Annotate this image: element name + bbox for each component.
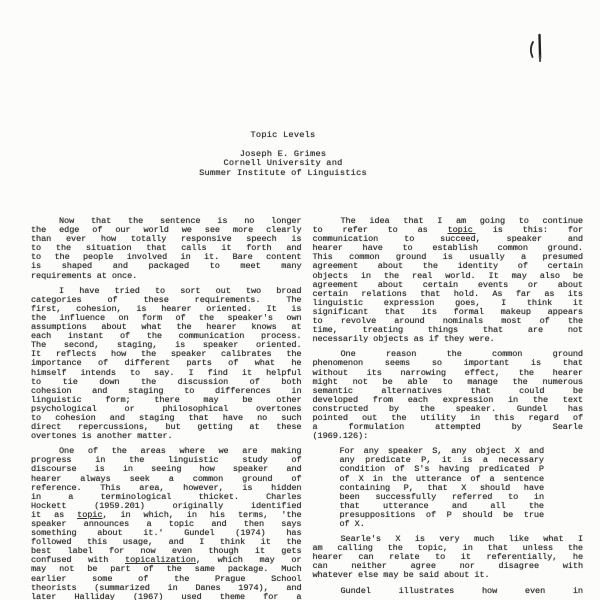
text-line: Gundel illustrates how even in: [313, 587, 584, 596]
affiliation-line-2: Summer Institute of Linguistics: [0, 169, 566, 178]
document-page: Topic Levels Joseph E. Grimes Cornell Un…: [0, 0, 600, 600]
text-line: overtones is another matter.: [31, 432, 302, 441]
paragraph: I have tried to sort out two broadcatego…: [31, 287, 302, 442]
paragraph: One reason the common groundphenomenon s…: [313, 350, 584, 441]
page-title: Topic Levels: [0, 131, 566, 140]
two-column-body: Now that the sentence is no longerthe ed…: [31, 217, 583, 600]
block-quote: For any speaker S, any object X andany p…: [340, 447, 545, 529]
paragraph: The idea that I am going to continueto r…: [313, 217, 584, 344]
text-line: presuppositions of P should be true: [340, 511, 545, 520]
document-heading: Topic Levels Joseph E. Grimes Cornell Un…: [0, 131, 566, 178]
text-line: of X.: [340, 520, 545, 529]
text-line: (1969.126):: [313, 432, 584, 441]
paragraph: One of the areas where we are makingprog…: [31, 447, 302, 600]
text-line: whatever else may be said about it.: [313, 571, 584, 580]
paragraph: Searle's X is very much like what Iam ca…: [313, 535, 584, 580]
paragraph: Gundel illustrates how even in: [313, 587, 584, 596]
right-column: The idea that I am going to continueto r…: [313, 217, 584, 600]
paragraph: Now that the sentence is no longerthe ed…: [31, 217, 302, 281]
text-line: later Halliday (1967) used theme for a: [31, 593, 302, 600]
text-line: necessarily objects as if they were.: [313, 335, 584, 344]
left-column: Now that the sentence is no longerthe ed…: [31, 217, 302, 600]
text-line: requirements at once.: [31, 272, 302, 281]
handwritten-tick-icon: [524, 30, 554, 70]
